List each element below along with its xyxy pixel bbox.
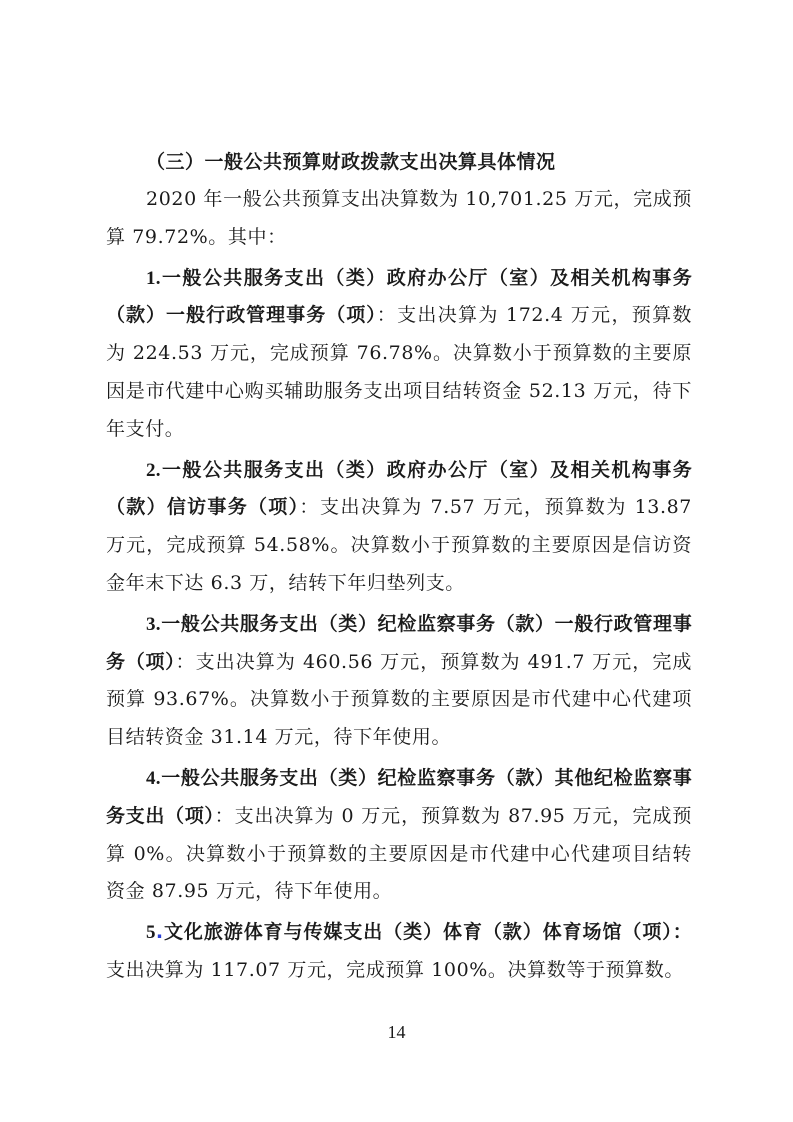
item-4-paragraph: 4.一般公共服务支出（类）纪检监察事务（款）其他纪检监察事务支出（项）：支出决算… <box>106 760 692 911</box>
section-heading: （三）一般公共预算财政拨款支出决算具体情况 <box>146 143 692 181</box>
item-2-number: 2. <box>146 460 161 481</box>
item-5-paragraph: 5.文化旅游体育与传媒支出（类）体育（款）体育场馆（项）：支出决算为 117.0… <box>106 914 692 990</box>
item-2-paragraph: 2.一般公共服务支出（类）政府办公厅（室）及相关机构事务（款）信访事务（项）：支… <box>106 452 692 603</box>
item-1-number: 1. <box>146 268 161 289</box>
document-page: （三）一般公共预算财政拨款支出决算具体情况 2020 年一般公共预算支出决算数为… <box>106 143 692 993</box>
item-3-body: ：支出决算为 460.56 万元，预算数为 491.7 万元，完成预算 93.6… <box>106 651 692 749</box>
item-3-number: 3. <box>146 614 161 635</box>
item-5-body: 支出决算为 117.07 万元，完成预算 100%。决算数等于预算数。 <box>106 959 684 981</box>
item-5-number: 5 <box>146 922 156 943</box>
item-4-number: 4. <box>146 768 161 789</box>
item-3-paragraph: 3.一般公共服务支出（类）纪检监察事务（款）一般行政管理事务（项）：支出决算为 … <box>106 606 692 757</box>
page-number: 14 <box>0 1022 793 1043</box>
intro-paragraph: 2020 年一般公共预算支出决算数为 10,701.25 万元，完成预算 79.… <box>106 181 692 257</box>
item-1-paragraph: 1.一般公共服务支出（类）政府办公厅（室）及相关机构事务（款）一般行政管理事务（… <box>106 260 692 449</box>
item-5-title: 5.文化旅游体育与传媒支出（类）体育（款）体育场馆（项）： <box>146 921 692 943</box>
